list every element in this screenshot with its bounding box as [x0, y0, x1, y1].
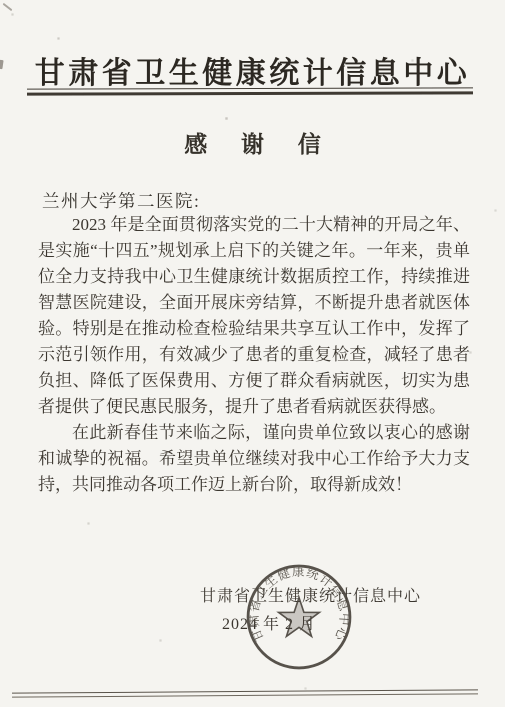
scanned-letter-page: 甘肃省卫生健康统计信息中心 感 谢 信 兰州大学第二医院: 2023 年是全面贯…: [0, 0, 505, 707]
letter-title: 感 谢 信: [0, 126, 505, 159]
page-bottom-rule: [12, 689, 478, 697]
letterhead-title: 甘肃省卫生健康统计信息中心: [0, 48, 505, 92]
salutation: 兰州大学第二医院:: [42, 188, 200, 213]
scan-noise: [0, 0, 1, 1]
body-paragraph: 2023 年是全面贯彻落实党的二十大精神的开局之年、是实施“十四五”规划承上启下…: [38, 212, 470, 420]
scan-mark: [3, 3, 13, 11]
official-seal-stamp: 甘肃省卫生健康统计信息中心: [243, 560, 355, 674]
letter-body: 2023 年是全面贯彻落实党的二十大精神的开局之年、是实施“十四五”规划承上启下…: [38, 212, 470, 498]
seal-star-icon: [279, 598, 320, 637]
body-paragraph: 在此新春佳节来临之际，谨向贵单位致以衷心的感谢和诚挚的祝福。希望贵单位继续对我中…: [38, 420, 470, 498]
letterhead-divider: [27, 87, 473, 95]
